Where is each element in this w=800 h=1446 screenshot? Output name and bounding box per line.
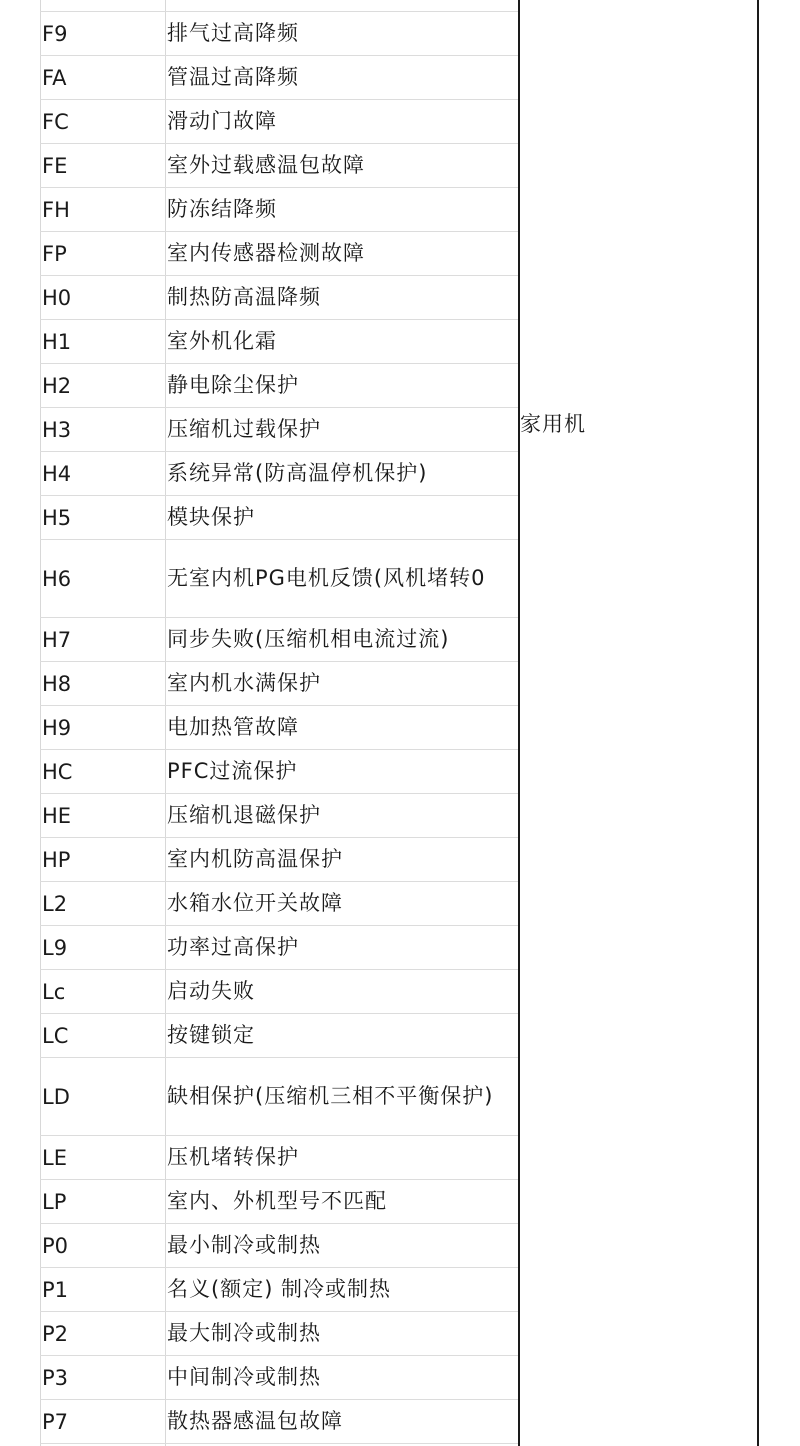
table-row: P7散热器感温包故障: [40, 1400, 518, 1444]
table-row: FH防冻结降频: [40, 188, 518, 232]
table-row: LP室内、外机型号不匹配: [40, 1180, 518, 1224]
category-cell: 家用机: [520, 408, 586, 438]
error-code-cell: H5: [40, 496, 165, 539]
error-code-cell: H6: [40, 540, 165, 617]
error-description-cell: 排气过高降频: [165, 12, 518, 55]
error-code-cell: P0: [40, 1224, 165, 1267]
error-description-cell: 室内机水满保护: [165, 662, 518, 705]
error-code-cell: P2: [40, 1312, 165, 1355]
error-description-cell: 模块保护: [165, 496, 518, 539]
error-code-cell: H7: [40, 618, 165, 661]
table-row: H7同步失败(压缩机相电流过流): [40, 618, 518, 662]
error-description-cell: 最大制冷或制热: [165, 1312, 518, 1355]
error-description-cell: 系统异常(防高温停机保护): [165, 452, 518, 495]
error-description-cell: 最小制冷或制热: [165, 1224, 518, 1267]
error-description-cell: 室外过载感温包故障: [165, 144, 518, 187]
table-row: H6无室内机PG电机反馈(风机堵转0: [40, 540, 518, 618]
table-row: H5模块保护: [40, 496, 518, 540]
table-row: L2水箱水位开关故障: [40, 882, 518, 926]
category-column-left-border: [518, 0, 520, 1446]
table-row: HP室内机防高温保护: [40, 838, 518, 882]
error-description-cell: 功率过高保护: [165, 926, 518, 969]
table-row: H2静电除尘保护: [40, 364, 518, 408]
error-code-cell: H8: [40, 662, 165, 705]
table-row: LD缺相保护(压缩机三相不平衡保护): [40, 1058, 518, 1136]
table-row: FC滑动门故障: [40, 100, 518, 144]
error-description-cell: 压缩机退磁保护: [165, 794, 518, 837]
error-code-cell: FA: [40, 56, 165, 99]
error-code-cell: P1: [40, 1268, 165, 1311]
error-description-cell: 电加热管故障: [165, 706, 518, 749]
error-code-cell: LE: [40, 1136, 165, 1179]
error-code-cell: LP: [40, 1180, 165, 1223]
error-code-cell: P7: [40, 1400, 165, 1443]
error-code-cell: FE: [40, 144, 165, 187]
error-description-cell: 压缩机过载保护: [165, 408, 518, 451]
error-description-cell: 按键锁定: [165, 1014, 518, 1057]
table-row: HCPFC过流保护: [40, 750, 518, 794]
error-description-cell: 滑动门故障: [165, 100, 518, 143]
error-description-cell: 制热防高温降频: [165, 276, 518, 319]
error-description-cell: 室内传感器检测故障: [165, 232, 518, 275]
error-description-cell: 室外机化霜: [165, 320, 518, 363]
table-row: F9排气过高降频: [40, 12, 518, 56]
table-row: HE压缩机退磁保护: [40, 794, 518, 838]
table-row: H0制热防高温降频: [40, 276, 518, 320]
error-code-cell: Lc: [40, 970, 165, 1013]
table-row: Lc启动失败: [40, 970, 518, 1014]
error-description-cell: 室内机防高温保护: [165, 838, 518, 881]
error-description-cell: 防冻结降频: [165, 188, 518, 231]
error-code-cell: FC: [40, 100, 165, 143]
table-row: H1室外机化霜: [40, 320, 518, 364]
table-row: L9功率过高保护: [40, 926, 518, 970]
error-description-cell: 同步失败(压缩机相电流过流): [165, 618, 518, 661]
error-code-cell: H1: [40, 320, 165, 363]
error-code-cell: LC: [40, 1014, 165, 1057]
error-code-cell: H2: [40, 364, 165, 407]
error-code-cell: HE: [40, 794, 165, 837]
table-body: F9排气过高降频FA管温过高降频FC滑动门故障FE室外过载感温包故障FH防冻结降…: [40, 12, 518, 1444]
error-description-cell: 无室内机PG电机反馈(风机堵转0: [165, 540, 518, 617]
error-description-cell: 水箱水位开关故障: [165, 882, 518, 925]
error-code-cell: F9: [40, 12, 165, 55]
error-description-cell: 启动失败: [165, 970, 518, 1013]
error-description-cell: 中间制冷或制热: [165, 1356, 518, 1399]
error-description-cell: PFC过流保护: [165, 750, 518, 793]
table-row: H3压缩机过载保护: [40, 408, 518, 452]
error-description-cell: 缺相保护(压缩机三相不平衡保护): [165, 1058, 518, 1135]
error-description-cell: 管温过高降频: [165, 56, 518, 99]
table-row: H9电加热管故障: [40, 706, 518, 750]
error-code-cell: LD: [40, 1058, 165, 1135]
error-description-cell: 散热器感温包故障: [165, 1400, 518, 1443]
error-code-cell: H3: [40, 408, 165, 451]
error-code-cell: H4: [40, 452, 165, 495]
error-code-cell: H0: [40, 276, 165, 319]
partial-row-cut-off: [40, 0, 518, 12]
error-code-cell: HC: [40, 750, 165, 793]
table-row: P1名义(额定) 制冷或制热: [40, 1268, 518, 1312]
table-row: FA管温过高降频: [40, 56, 518, 100]
table-row: FP室内传感器检测故障: [40, 232, 518, 276]
table-row: LC按键锁定: [40, 1014, 518, 1058]
category-column-right-border: [757, 0, 759, 1446]
error-description-cell: 室内、外机型号不匹配: [165, 1180, 518, 1223]
error-code-cell: H9: [40, 706, 165, 749]
error-description-cell: 名义(额定) 制冷或制热: [165, 1268, 518, 1311]
table-row: P2最大制冷或制热: [40, 1312, 518, 1356]
error-description-cell: 压机堵转保护: [165, 1136, 518, 1179]
table-row: LE压机堵转保护: [40, 1136, 518, 1180]
table-row: H8室内机水满保护: [40, 662, 518, 706]
error-code-cell: HP: [40, 838, 165, 881]
error-code-table: F9排气过高降频FA管温过高降频FC滑动门故障FE室外过载感温包故障FH防冻结降…: [0, 0, 800, 1446]
error-code-cell: L2: [40, 882, 165, 925]
table-row: P3中间制冷或制热: [40, 1356, 518, 1400]
error-code-cell: P3: [40, 1356, 165, 1399]
table-row: FE室外过载感温包故障: [40, 144, 518, 188]
error-code-cell: FH: [40, 188, 165, 231]
error-code-cell: FP: [40, 232, 165, 275]
error-code-cell: L9: [40, 926, 165, 969]
table-row: H4系统异常(防高温停机保护): [40, 452, 518, 496]
error-description-cell: 静电除尘保护: [165, 364, 518, 407]
table-row: P0最小制冷或制热: [40, 1224, 518, 1268]
